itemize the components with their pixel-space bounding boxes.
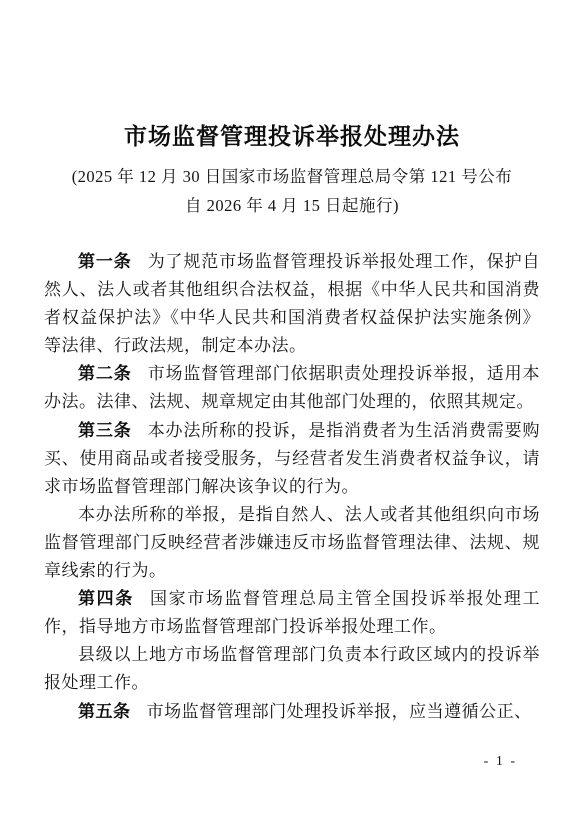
article-paragraph: 第二条市场监督管理部门依据职责处理投诉举报，适用本办法。法律、法规、规章规定由其… bbox=[44, 360, 540, 416]
article-label: 第二条 bbox=[78, 364, 132, 383]
article-paragraph: 第四条国家市场监督管理总局主管全国投诉举报处理工作，指导地方市场监督管理部门投诉… bbox=[44, 585, 540, 641]
page-number: - 1 - bbox=[484, 755, 517, 769]
article-label: 第四条 bbox=[78, 589, 134, 608]
article-label: 第三条 bbox=[78, 421, 132, 440]
document-body: 第一条为了规范市场监督管理投诉举报处理工作，保护自然人、法人或者其他组织合法权益… bbox=[44, 248, 540, 726]
article-label: 第五条 bbox=[78, 702, 131, 721]
article-paragraph: 县级以上地方市场监督管理部门负责本行政区域内的投诉举报处理工作。 bbox=[44, 641, 540, 697]
article-paragraph: 第一条为了规范市场监督管理投诉举报处理工作，保护自然人、法人或者其他组织合法权益… bbox=[44, 248, 540, 360]
effective-date-line: 自 2026 年 4 月 15 日起施行) bbox=[44, 191, 540, 220]
promulgation-line: (2025 年 12 月 30 日国家市场监督管理总局令第 121 号公布 bbox=[44, 162, 540, 191]
article-label: 第一条 bbox=[78, 252, 132, 271]
article-paragraph: 第五条市场监督管理部门处理投诉举报，应当遵循公正、 bbox=[44, 698, 540, 726]
document-title: 市场监督管理投诉举报处理办法 bbox=[44, 122, 540, 152]
document-content: 市场监督管理投诉举报处理办法 (2025 年 12 月 30 日国家市场监督管理… bbox=[44, 122, 540, 726]
document-page: 市场监督管理投诉举报处理办法 (2025 年 12 月 30 日国家市场监督管理… bbox=[0, 0, 585, 831]
article-text: 市场监督管理部门处理投诉举报，应当遵循公正、 bbox=[147, 702, 532, 721]
article-text: 县级以上地方市场监督管理部门负责本行政区域内的投诉举报处理工作。 bbox=[44, 645, 540, 692]
article-paragraph: 本办法所称的举报，是指自然人、法人或者其他组织向市场监督管理部门反映经营者涉嫌违… bbox=[44, 501, 540, 585]
article-paragraph: 第三条本办法所称的投诉，是指消费者为生活消费需要购买、使用商品或者接受服务，与经… bbox=[44, 417, 540, 501]
article-text: 本办法所称的举报，是指自然人、法人或者其他组织向市场监督管理部门反映经营者涉嫌违… bbox=[44, 505, 540, 580]
